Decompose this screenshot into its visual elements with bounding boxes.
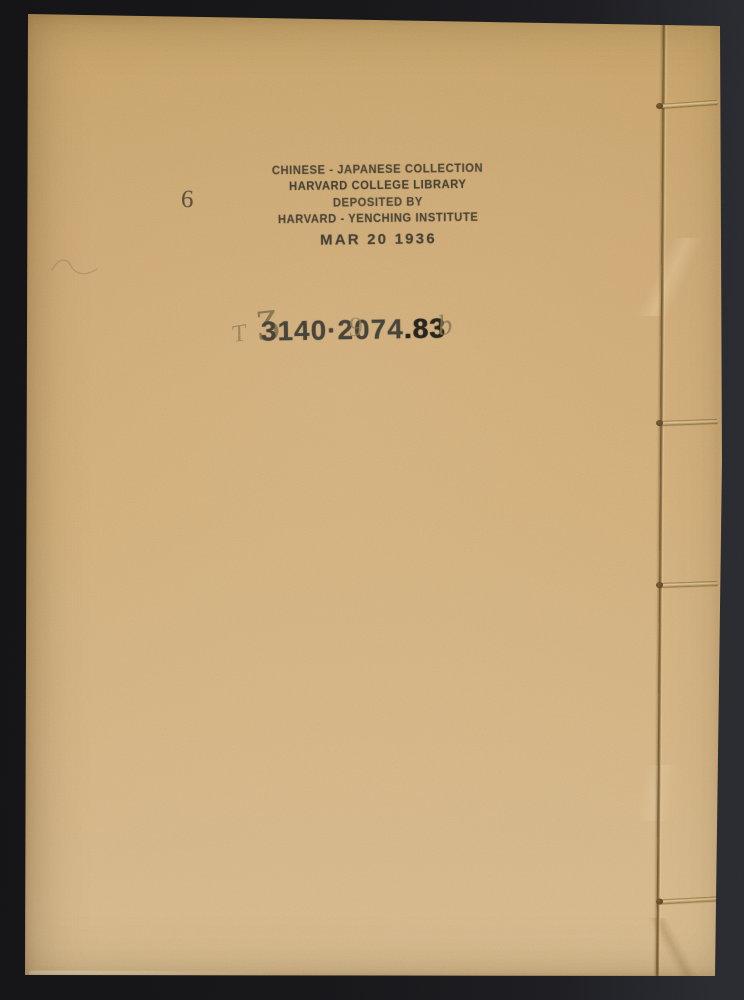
cover-shading [25,14,722,976]
photo-canvas: CHINESE - JAPANESE COLLECTION HARVARD CO… [0,0,744,1000]
book-cover: CHINESE - JAPANESE COLLECTION HARVARD CO… [0,0,744,1000]
